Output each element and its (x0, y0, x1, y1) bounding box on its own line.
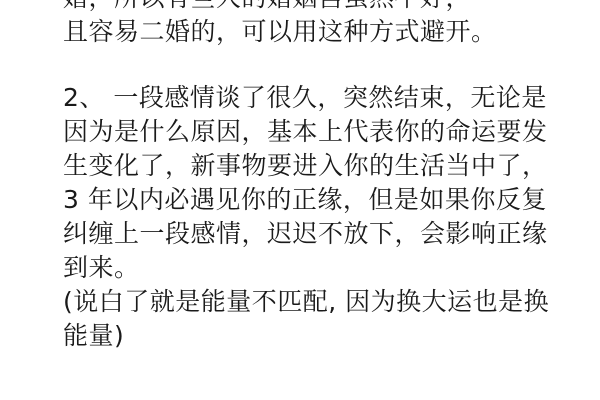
text-line: 能量) (63, 319, 583, 353)
text-line: 生变化了，新事物要进入你的生活当中了， (63, 149, 583, 183)
text-line: 到来。 (63, 251, 583, 285)
paragraph-1: 婚，所以有些人的婚姻宫虽然不好， 且容易二婚的，可以用这种方式避开。 (63, 0, 583, 49)
text-line: 2、 一段感情谈了很久，突然结束，无论是 (63, 81, 583, 115)
text-line: 纠缠上一段感情，迟迟不放下，会影响正缘 (63, 217, 583, 251)
text-line: 3 年以内必遇见你的正缘，但是如果你反复 (63, 183, 583, 217)
text-line: 因为是什么原因，基本上代表你的命运要发 (63, 115, 583, 149)
text-line: 且容易二婚的，可以用这种方式避开。 (63, 15, 583, 49)
document-body: 婚，所以有些人的婚姻宫虽然不好， 且容易二婚的，可以用这种方式避开。 2、 一段… (63, 0, 583, 353)
paragraph-2: 2、 一段感情谈了很久，突然结束，无论是 因为是什么原因，基本上代表你的命运要发… (63, 81, 583, 353)
paragraph-spacer (63, 49, 583, 81)
text-line: (说白了就是能量不匹配, 因为换大运也是换 (63, 285, 583, 319)
text-line: 婚，所以有些人的婚姻宫虽然不好， (63, 0, 583, 15)
